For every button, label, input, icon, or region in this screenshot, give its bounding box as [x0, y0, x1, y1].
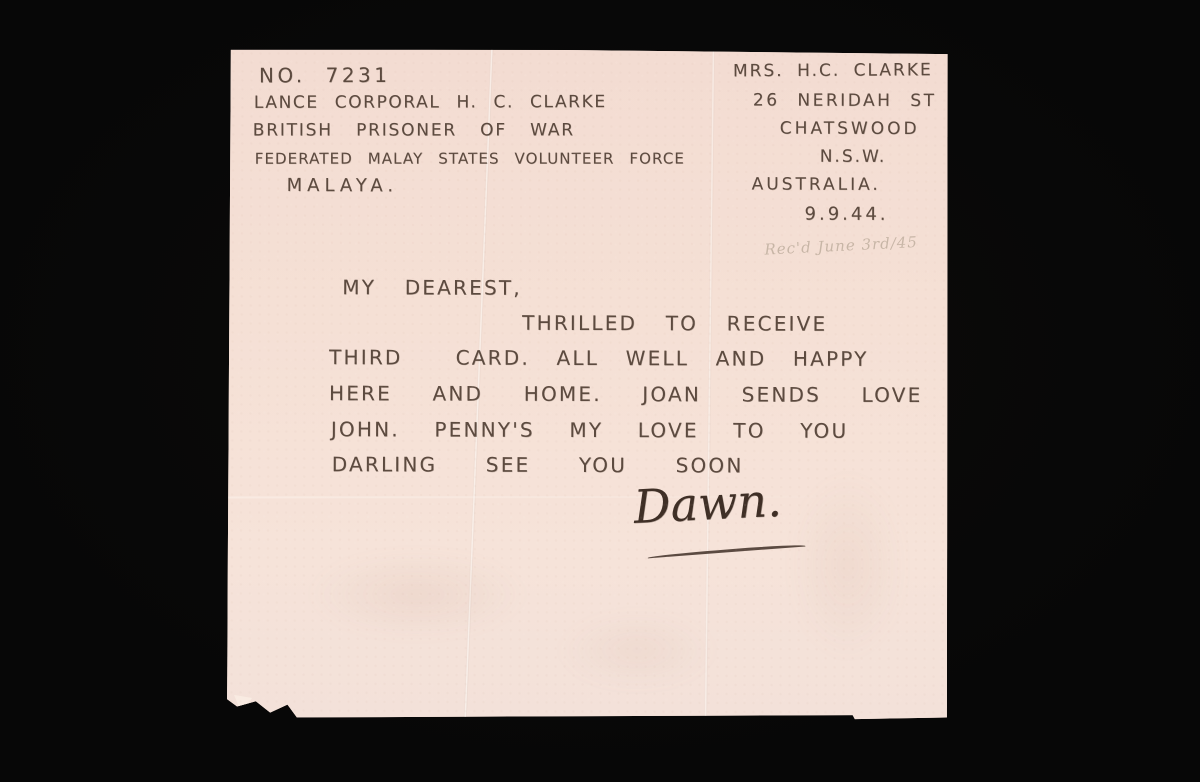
ink-show-through — [307, 549, 527, 640]
photo-background: NO. 7231 LANCE CORPORAL H. C. CLARKE BRI… — [0, 0, 1200, 782]
recipient-suburb-line: CHATSWOOD — [780, 119, 920, 139]
sender-name-line: LANCE CORPORAL H. C. CLARKE — [254, 92, 607, 113]
recipient-street-line: 26 NERIDAH ST — [753, 91, 937, 112]
body-line: HERE AND HOME. JOAN SENDS LOVE — [329, 381, 923, 407]
sender-unit-line: FEDERATED MALAY STATES VOLUNTEER FORCE — [255, 150, 685, 168]
recipient-country-line: AUSTRALIA. — [752, 175, 881, 195]
recipient-state-line: N.S.W. — [820, 147, 887, 167]
ink-show-through — [787, 471, 908, 661]
paper-tear-flap — [234, 695, 252, 715]
received-date-pencil-note: Rec'd June 3rd/45 — [764, 233, 918, 259]
body-line: THRILLED TO RECEIVE — [522, 311, 827, 336]
prisoner-number: NO. 7231 — [259, 63, 391, 88]
letter-paper: NO. 7231 LANCE CORPORAL H. C. CLARKE BRI… — [227, 49, 949, 720]
fold-crease-horizontal — [228, 496, 948, 499]
letter-date: 9.9.44. — [805, 204, 889, 225]
sender-location-line: MALAYA. — [287, 175, 399, 196]
salutation: MY DEAREST, — [342, 275, 522, 300]
body-line: DARLING SEE YOU SOON — [332, 452, 744, 477]
signature-underline — [648, 543, 806, 557]
sender-status-line: BRITISH PRISONER OF WAR — [253, 120, 575, 140]
recipient-address-block: MRS. H.C. CLARKE 26 NERIDAH ST CHATSWOOD… — [229, 49, 949, 51]
body-line: THIRD CARD. ALL WELL AND HAPPY — [329, 345, 869, 371]
recipient-name-line: MRS. H.C. CLARKE — [733, 60, 933, 81]
signature: Dawn. — [632, 473, 782, 534]
letter-body: MY DEAREST, THRILLED TO RECEIVE THIRD CA… — [229, 49, 949, 51]
sender-address-block: NO. 7231 LANCE CORPORAL H. C. CLARKE BRI… — [229, 49, 949, 51]
ink-show-through — [557, 610, 717, 691]
body-line: JOHN. PENNY'S MY LOVE TO YOU — [331, 417, 849, 443]
